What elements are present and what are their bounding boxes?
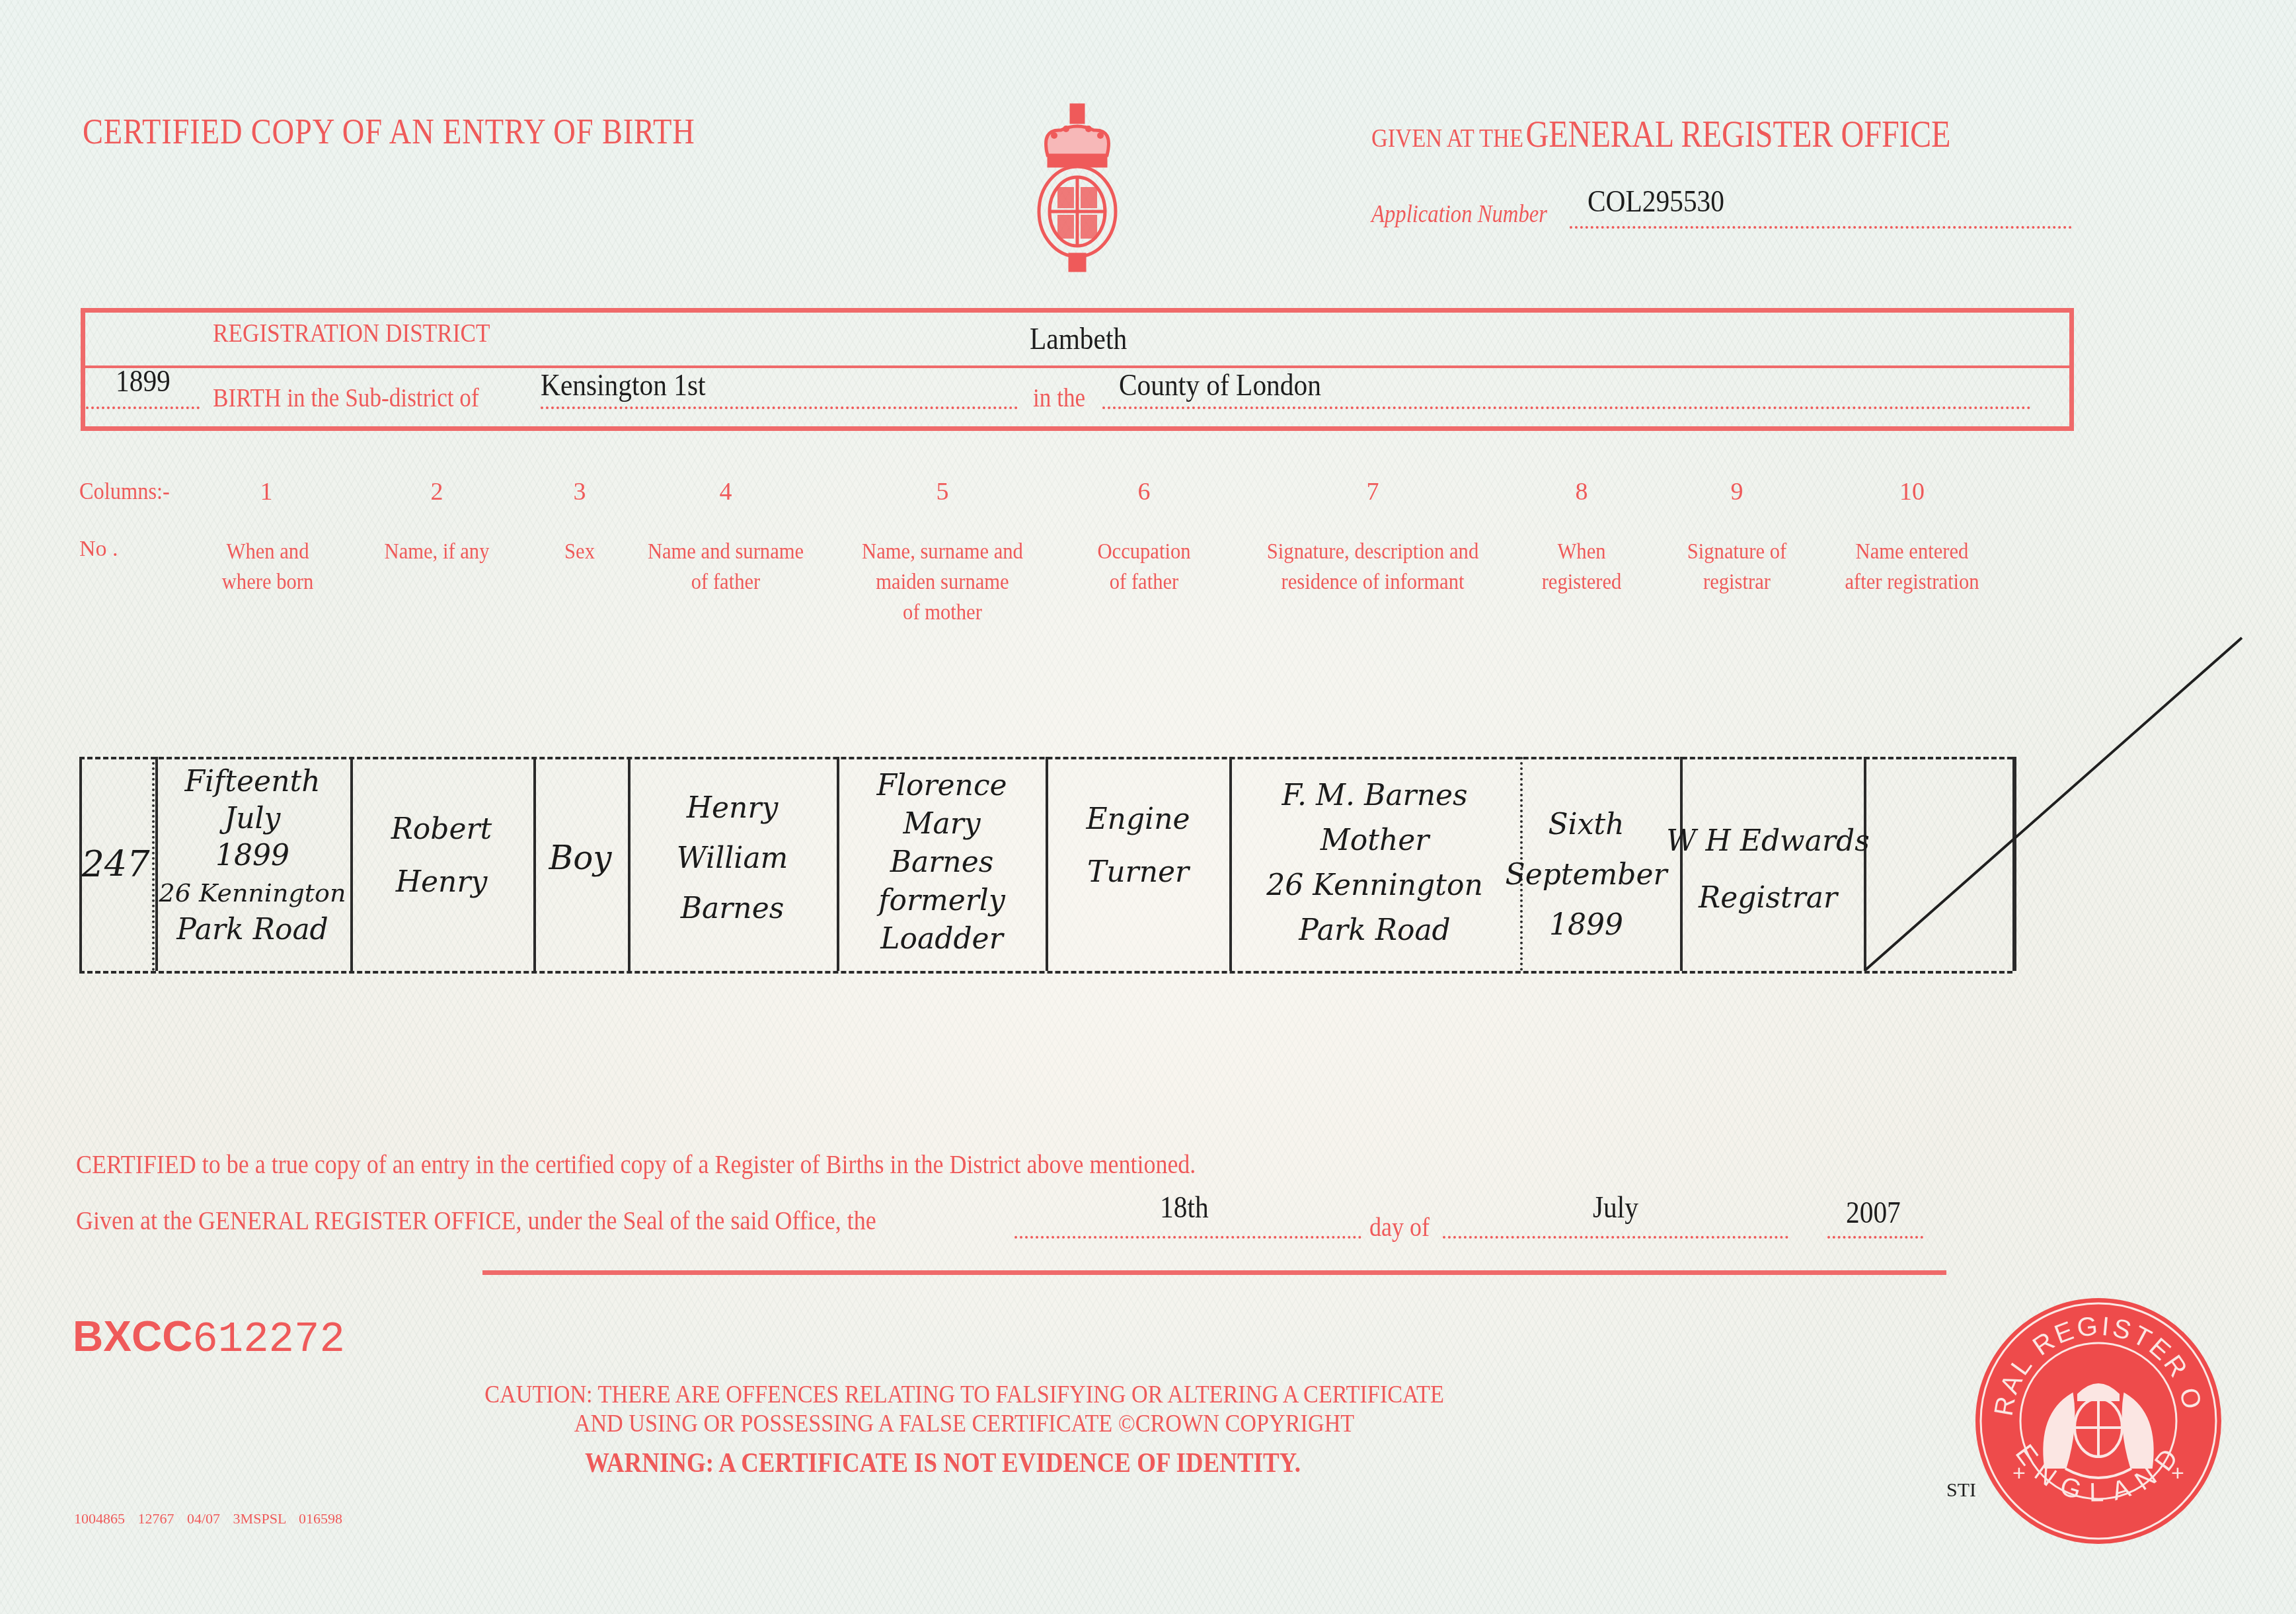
entry-sex: Boy: [549, 839, 611, 876]
entry-name-first: Robert: [391, 803, 492, 856]
caution-line-2: AND USING OR POSSESSING A FALSE CERTIFIC…: [482, 1409, 1446, 1438]
caution-line-1: CAUTION: THERE ARE OFFENCES RELATING TO …: [482, 1380, 1446, 1409]
born-day: Fifteenth: [159, 763, 346, 800]
entry-registrar: W H Edwards Registrar: [1666, 813, 1870, 927]
informant-address-line-2: Park Road: [1266, 908, 1482, 953]
certified-month: July: [1593, 1190, 1638, 1225]
registered-year: 1899: [1505, 900, 1667, 950]
mother-middle: Mary: [876, 805, 1007, 843]
day-dotted-line: [1014, 1236, 1361, 1239]
father-first: Henry: [677, 783, 788, 833]
certification-divider: [482, 1270, 1946, 1275]
occupation-line-2: Turner: [1086, 846, 1190, 899]
caution-notice: CAUTION: THERE ARE OFFENCES RELATING TO …: [482, 1380, 1446, 1438]
entry-occupation: Engine Turner: [1086, 793, 1190, 899]
general-register-office-seal-icon: GENERAL REGISTER OFFICE ENGLAND + +: [1973, 1295, 2224, 1547]
mother-surname: Barnes: [876, 843, 1007, 882]
entry-name: Robert Henry: [391, 803, 492, 909]
given-under-seal-statement: Given at the GENERAL REGISTER OFFICE, un…: [76, 1205, 876, 1236]
mother-first: Florence: [876, 767, 1007, 805]
mother-maiden-surname: Loadder: [876, 920, 1007, 958]
informant-address-line-1: 26 Kennington: [1266, 863, 1482, 908]
informant-description: Mother: [1266, 818, 1482, 863]
father-surname: Barnes: [677, 884, 788, 934]
certified-year: 2007: [1846, 1195, 1901, 1230]
day-of-label: day of: [1369, 1211, 1430, 1243]
occupation-line-1: Engine: [1086, 793, 1190, 846]
entry-when-where-born: Fifteenth July 1899 26 Kennington Park R…: [159, 763, 346, 948]
registrar-title: Registrar: [1666, 870, 1870, 927]
born-address-line-2: Park Road: [159, 911, 346, 948]
certificate-serial-number: BXCC612272: [73, 1312, 345, 1364]
registered-day: Sixth: [1505, 800, 1667, 850]
serial-digits: 612272: [192, 1317, 344, 1364]
sti-mark: STI: [1946, 1479, 1976, 1502]
year-cert-dotted-line: [1827, 1236, 1923, 1239]
entry-number: 247: [81, 846, 149, 883]
born-year: 1899: [159, 837, 346, 874]
born-address-line-1: 26 Kennington: [159, 874, 346, 911]
print-reference-code: 1004865 12767 04/07 3MSPSL 016598: [74, 1510, 342, 1527]
serial-prefix: BXCC: [73, 1313, 192, 1360]
certified-day: 18th: [1160, 1190, 1209, 1225]
mother-formerly: formerly: [876, 882, 1007, 920]
entry-name-middle: Henry: [391, 856, 492, 909]
entry-informant: F. M. Barnes Mother 26 Kennington Park R…: [1266, 773, 1482, 953]
svg-text:+: +: [2012, 1461, 2026, 1486]
svg-text:+: +: [2171, 1461, 2184, 1486]
born-month: July: [159, 800, 346, 837]
informant-signature: F. M. Barnes: [1266, 773, 1482, 818]
certified-statement: CERTIFIED to be a true copy of an entry …: [76, 1149, 1196, 1180]
registrar-signature: W H Edwards: [1666, 813, 1870, 870]
month-dotted-line: [1443, 1236, 1788, 1239]
identity-warning: WARNING: A CERTIFICATE IS NOT EVIDENCE O…: [585, 1447, 1301, 1479]
entry-when-registered: Sixth September 1899: [1505, 800, 1667, 950]
registered-month: September: [1505, 850, 1667, 900]
father-middle: William: [677, 833, 788, 884]
entry-father: Henry William Barnes: [677, 783, 788, 934]
entry-mother: Florence Mary Barnes formerly Loadder: [876, 767, 1007, 958]
